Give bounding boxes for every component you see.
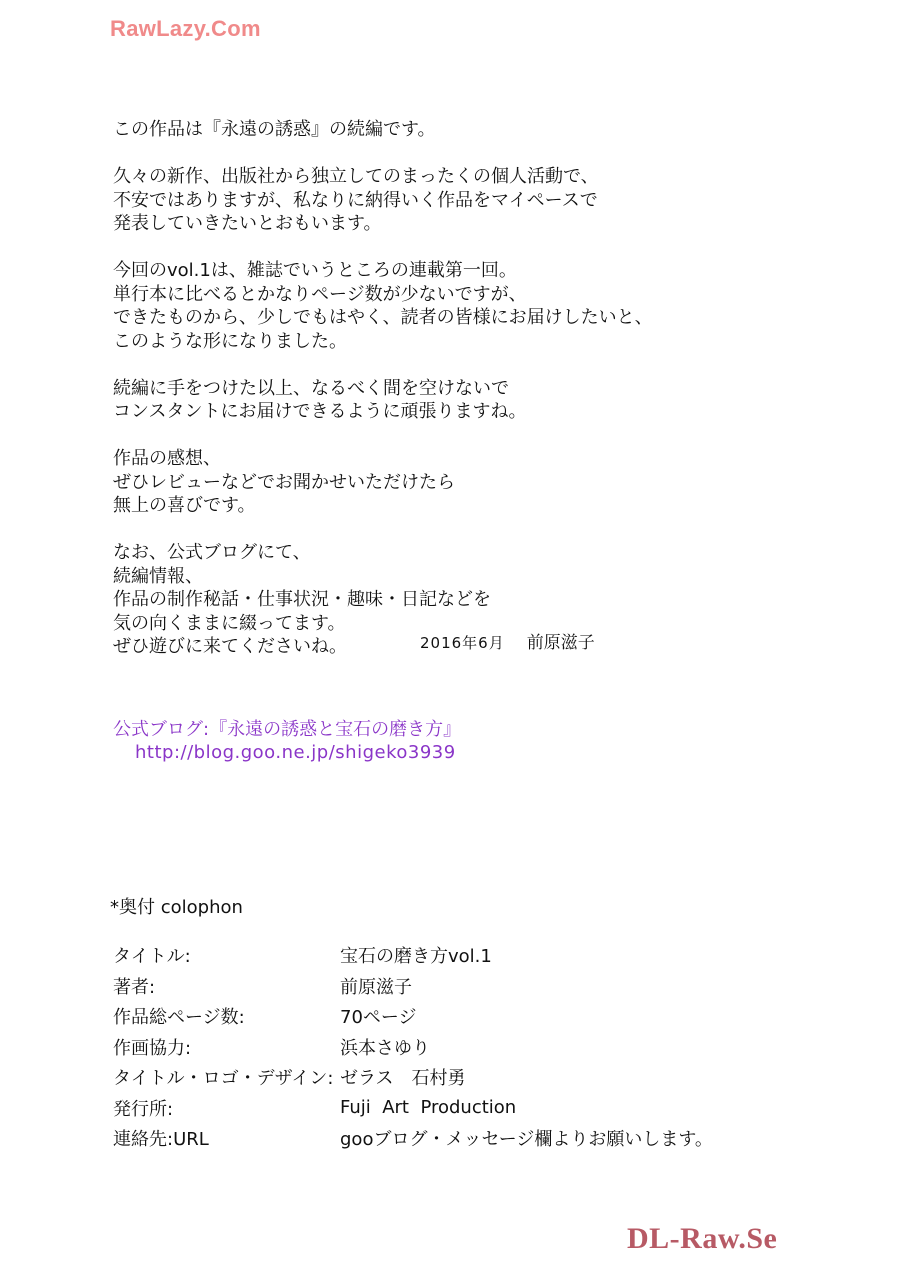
colophon-value: Fuji Art Production [340, 1097, 516, 1118]
colophon-label: 著者: [113, 973, 340, 999]
blog-url[interactable]: http://blog.goo.ne.jp/shigeko3939 [113, 741, 461, 764]
colophon-value: 浜本さゆり [340, 1034, 430, 1060]
colophon-table: タイトル:宝石の磨き方vol.1 著者:前原滋子 作品総ページ数:70ページ 作… [113, 940, 713, 1154]
colophon-value: gooブログ・メッセージ欄よりお願いします。 [340, 1125, 713, 1151]
paragraph: 続編に手をつけた以上、なるべく間を空けないで コンスタントにお届けできるように頑… [113, 377, 813, 424]
colophon-value: 70ページ [340, 1003, 417, 1029]
colophon-row: 連絡先:URLgooブログ・メッセージ欄よりお願いします。 [113, 1123, 713, 1154]
colophon-row: 作品総ページ数:70ページ [113, 1001, 713, 1032]
afterword-text: この作品は『永遠の誘惑』の続編です。 久々の新作、出版社から独立してのまったくの… [113, 118, 813, 682]
colophon-label: 作画協力: [113, 1034, 340, 1060]
colophon-label: タイトル: [113, 942, 340, 968]
signature-author: 前原滋子 [527, 633, 595, 653]
paragraph: 久々の新作、出版社から独立してのまったくの個人活動で、 不安ではありますが、私な… [113, 165, 813, 236]
colophon-label: タイトル・ロゴ・デザイン: [113, 1064, 340, 1090]
signature: 2016年6月前原滋子 [420, 628, 595, 653]
colophon-heading: *奥付 colophon [110, 893, 243, 919]
colophon-row: タイトル・ロゴ・デザイン:ゼラス 石村勇 [113, 1062, 713, 1093]
colophon-value: 前原滋子 [340, 973, 412, 999]
colophon-row: 発行所:Fuji Art Production [113, 1093, 713, 1124]
blog-info: 公式ブログ:『永遠の誘惑と宝石の磨き方』 http://blog.goo.ne.… [113, 718, 461, 764]
colophon-label: 連絡先:URL [113, 1125, 340, 1151]
colophon-row: 著者:前原滋子 [113, 971, 713, 1002]
colophon-row: 作画協力:浜本さゆり [113, 1032, 713, 1063]
watermark-top: RawLazy.Com [110, 16, 261, 42]
colophon-label: 作品総ページ数: [113, 1003, 340, 1029]
colophon-value: ゼラス 石村勇 [340, 1064, 465, 1090]
watermark-bottom: DL-Raw.Se [627, 1222, 777, 1256]
colophon-row: タイトル:宝石の磨き方vol.1 [113, 940, 713, 971]
signature-date: 2016年6月 [420, 634, 505, 652]
paragraph: 今回のvol.1は、雑誌でいうところの連載第一回。 単行本に比べるとかなりページ… [113, 259, 813, 353]
paragraph: 作品の感想、 ぜひレビューなどでお聞かせいただけたら 無上の喜びです。 [113, 447, 813, 518]
paragraph: この作品は『永遠の誘惑』の続編です。 [113, 118, 813, 142]
blog-title: 公式ブログ:『永遠の誘惑と宝石の磨き方』 [113, 718, 461, 741]
colophon-value: 宝石の磨き方vol.1 [340, 942, 492, 968]
colophon-label: 発行所: [113, 1095, 340, 1121]
